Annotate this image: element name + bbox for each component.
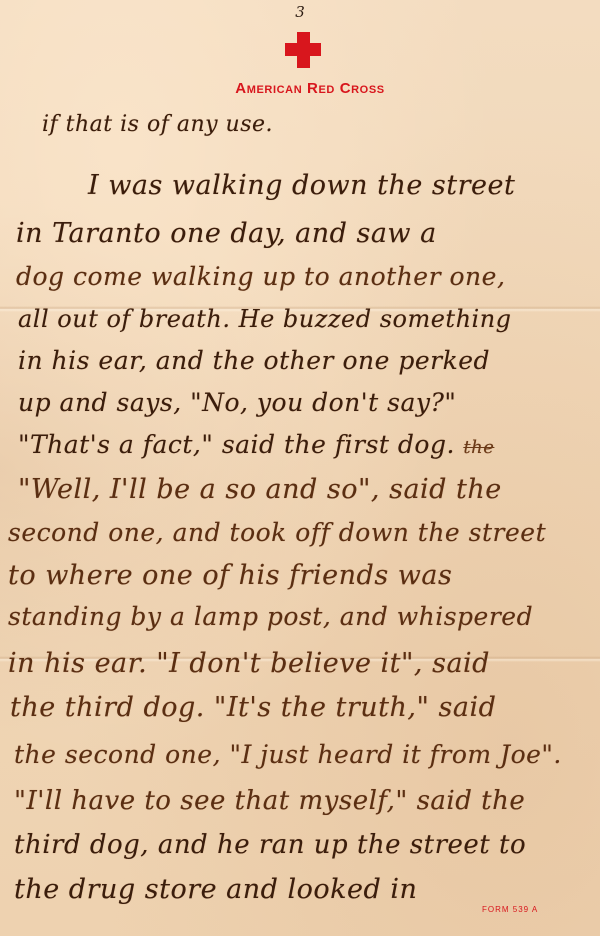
letter-line: in his ear, and the other one perked	[18, 346, 490, 375]
struck-out-word: the	[463, 437, 494, 458]
letter-line: dog come walking up to another one,	[16, 262, 505, 291]
letter-line: "That's a fact," said the first dog. the	[18, 430, 494, 459]
letter-line: I was walking down the street	[88, 170, 515, 201]
letter-line: the third dog. "It's the truth," said	[10, 692, 496, 723]
letter-line: up and says, "No, you don't say?"	[18, 388, 456, 417]
letter-page: 3 American Red Cross if that is of any u…	[0, 0, 600, 936]
handwritten-letter-body: if that is of any use. I was walking dow…	[0, 0, 600, 936]
letter-line: all out of breath. He buzzed something	[18, 305, 512, 333]
letter-line: "I'll have to see that myself," said the	[14, 786, 525, 816]
letter-line: in his ear. "I don't believe it", said	[8, 648, 490, 679]
letter-line-text: "That's a fact," said the first dog.	[18, 430, 455, 459]
letter-line: third dog, and he ran up the street to	[14, 830, 526, 860]
letter-line: the drug store and looked in	[14, 874, 417, 905]
letter-line: the second one, "I just heard it from Jo…	[14, 740, 562, 769]
form-number: FORM 539 A	[482, 905, 538, 914]
letter-line: second one, and took off down the street	[8, 518, 546, 547]
letter-line: to where one of his friends was	[8, 560, 452, 591]
letter-line: standing by a lamp post, and whispered	[8, 602, 533, 631]
letter-line: if that is of any use.	[42, 112, 273, 137]
letter-line: "Well, I'll be a so and so", said the	[18, 474, 502, 505]
letter-line: in Taranto one day, and saw a	[16, 218, 437, 249]
